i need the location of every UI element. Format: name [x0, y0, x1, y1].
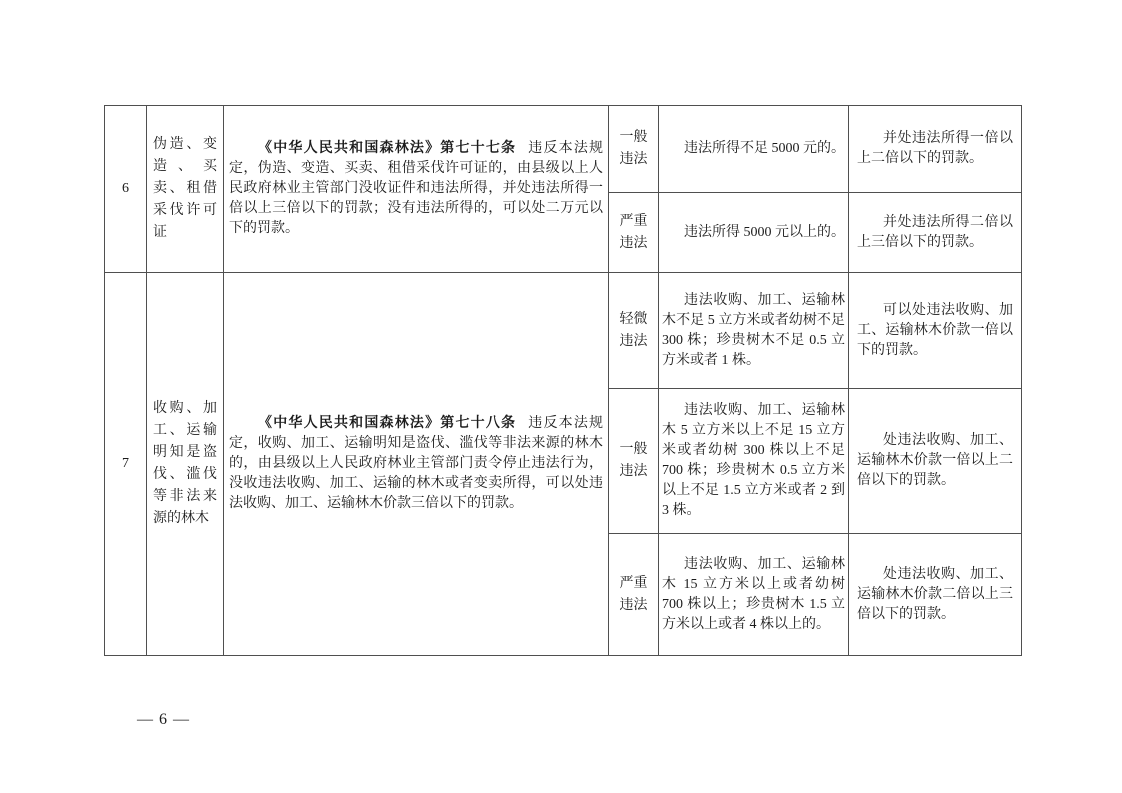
severity-cell: 轻微违法 — [609, 273, 659, 389]
legal-basis-cell: 《中华人民共和国森林法》第七十八条违反本法规定，收购、加工、运输明知是盗伐、滥伐… — [224, 273, 609, 656]
criteria-cell: 违法所得 5000 元以上的。 — [659, 193, 849, 273]
penalty-cell: 处违法收购、加工、运输林木价款二倍以上三倍以下的罚款。 — [849, 534, 1022, 656]
severity-label: 轻微违法 — [619, 309, 649, 353]
penalty-text: 可以处违法收购、加工、运输林木价款一倍以下的罚款。 — [857, 301, 1013, 361]
row-number-cell: 7 — [105, 273, 147, 656]
row-number: 7 — [122, 456, 129, 471]
legal-basis-text: 《中华人民共和国森林法》第七十八条违反本法规定，收购、加工、运输明知是盗伐、滥伐… — [229, 414, 603, 514]
penalty-table: 6 伪造、变造、买卖、租借采伐许可证 《中华人民共和国森林法》第七十七条违反本法… — [104, 105, 1022, 656]
violation-type-text: 伪造、变造、买卖、租借采伐许可证 — [153, 134, 217, 244]
criteria-text: 违法所得 5000 元以上的。 — [662, 223, 845, 243]
document-page: 6 伪造、变造、买卖、租借采伐许可证 《中华人民共和国森林法》第七十七条违反本法… — [0, 0, 1122, 793]
severity-cell: 一般违法 — [609, 106, 659, 193]
severity-label: 严重违法 — [619, 573, 649, 617]
criteria-cell: 违法收购、加工、运输林木不足 5 立方米或者幼树不足 300 株；珍贵树木不足 … — [659, 273, 849, 389]
legal-article-title: 《中华人民共和国森林法》第七十七条 — [258, 141, 516, 156]
table-row: 6 伪造、变造、买卖、租借采伐许可证 《中华人民共和国森林法》第七十七条违反本法… — [105, 106, 1022, 193]
severity-label: 一般违法 — [619, 127, 649, 171]
violation-type-cell: 收购、加工、运输明知是盗伐、滥伐等非法来源的林木 — [147, 273, 224, 656]
penalty-cell: 处违法收购、加工、运输林木价款一倍以上二倍以下的罚款。 — [849, 389, 1022, 534]
penalty-cell: 可以处违法收购、加工、运输林木价款一倍以下的罚款。 — [849, 273, 1022, 389]
legal-article-title: 《中华人民共和国森林法》第七十八条 — [258, 416, 516, 431]
penalty-text: 处违法收购、加工、运输林木价款一倍以上二倍以下的罚款。 — [857, 431, 1013, 491]
criteria-cell: 违法收购、加工、运输林木 15 立方米以上或者幼树 700 株以上；珍贵树木 1… — [659, 534, 849, 656]
severity-cell: 严重违法 — [609, 193, 659, 273]
penalty-cell: 并处违法所得一倍以上二倍以下的罚款。 — [849, 106, 1022, 193]
severity-label: 严重违法 — [619, 211, 649, 255]
violation-type-text: 收购、加工、运输明知是盗伐、滥伐等非法来源的林木 — [153, 398, 217, 530]
severity-label: 一般违法 — [619, 439, 649, 483]
row-number: 6 — [122, 181, 129, 196]
penalty-text: 处违法收购、加工、运输林木价款二倍以上三倍以下的罚款。 — [857, 565, 1013, 625]
row-number-cell: 6 — [105, 106, 147, 273]
legal-basis-text: 《中华人民共和国森林法》第七十七条违反本法规定，伪造、变造、买卖、租借采伐许可证… — [229, 139, 603, 239]
severity-cell: 一般违法 — [609, 389, 659, 534]
criteria-cell: 违法收购、加工、运输林木 5 立方米以上不足 15 立方米或者幼树 300 株以… — [659, 389, 849, 534]
legal-basis-cell: 《中华人民共和国森林法》第七十七条违反本法规定，伪造、变造、买卖、租借采伐许可证… — [224, 106, 609, 273]
criteria-text: 违法所得不足 5000 元的。 — [662, 139, 845, 159]
penalty-text: 并处违法所得一倍以上二倍以下的罚款。 — [857, 129, 1013, 169]
page-number: — 6 — — [137, 711, 190, 729]
violation-type-cell: 伪造、变造、买卖、租借采伐许可证 — [147, 106, 224, 273]
criteria-text: 违法收购、加工、运输林木 5 立方米以上不足 15 立方米或者幼树 300 株以… — [662, 401, 845, 521]
penalty-text: 并处违法所得二倍以上三倍以下的罚款。 — [857, 213, 1013, 253]
severity-cell: 严重违法 — [609, 534, 659, 656]
penalty-cell: 并处违法所得二倍以上三倍以下的罚款。 — [849, 193, 1022, 273]
criteria-text: 违法收购、加工、运输林木不足 5 立方米或者幼树不足 300 株；珍贵树木不足 … — [662, 291, 845, 371]
table-row: 7 收购、加工、运输明知是盗伐、滥伐等非法来源的林木 《中华人民共和国森林法》第… — [105, 273, 1022, 389]
criteria-cell: 违法所得不足 5000 元的。 — [659, 106, 849, 193]
criteria-text: 违法收购、加工、运输林木 15 立方米以上或者幼树 700 株以上；珍贵树木 1… — [662, 555, 845, 635]
